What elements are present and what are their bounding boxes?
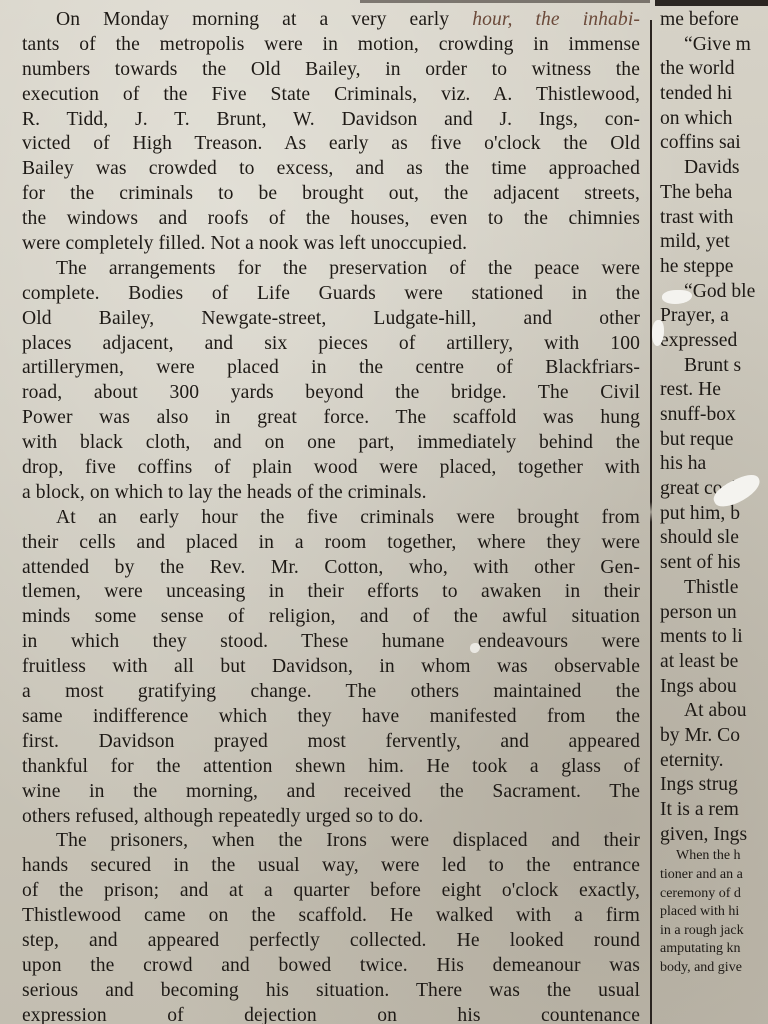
side-text-line: the world: [660, 57, 768, 82]
side-text-line: snuff-box: [660, 403, 768, 428]
text-line-content: artillerymen, were placed in the centre …: [22, 357, 640, 378]
side-text-line: ments to li: [660, 625, 768, 650]
text-line-content: The arrangements for the preservation of…: [56, 258, 640, 279]
text-line-content: for the criminals to be brought out, the…: [22, 183, 640, 204]
side-text-line: at least be: [660, 650, 768, 675]
text-line-content: drop, five coffins of plain wood were pl…: [22, 457, 640, 478]
text-line: tants of the metropolis were in motion, …: [22, 33, 640, 58]
text-line: complete. Bodies of Life Guards were sta…: [22, 282, 640, 307]
text-line-content: thankful for the attention shewn him. He…: [22, 756, 640, 777]
text-line-content: wine in the morning, and received the Sa…: [22, 781, 640, 802]
text-line-content: At an early hour the five criminals were…: [56, 507, 640, 528]
text-line: with black cloth, and on one part, immed…: [22, 431, 640, 456]
text-line-content: others refused, although repeatedly urge…: [22, 806, 423, 827]
text-line: On Monday morning at a very early hour, …: [22, 8, 640, 33]
text-line-content: first. Davidson prayed most fervently, a…: [22, 731, 640, 752]
text-line-content: with black cloth, and on one part, immed…: [22, 432, 640, 453]
side-text-line: eternity.: [660, 749, 768, 774]
side-text-line: Brunt s: [660, 354, 768, 379]
side-text-line: Prayer, a: [660, 304, 768, 329]
text-line-content: Old Bailey, Newgate-street, Ludgate-hill…: [22, 308, 640, 329]
side-text-line: Davids: [660, 156, 768, 181]
main-article-column: On Monday morning at a very early hour, …: [22, 8, 640, 1024]
top-border-band: [655, 0, 768, 6]
text-line: others refused, although repeatedly urge…: [22, 805, 640, 830]
side-text-line: Thistle: [660, 576, 768, 601]
text-line-content: a most gratifying change. The others mai…: [22, 681, 640, 702]
side-text-line: he steppe: [660, 255, 768, 280]
side-text-line: his ha: [660, 452, 768, 477]
text-line-content: road, about 300 yards beyond the bridge.…: [22, 382, 640, 403]
side-text-line: trast with: [660, 206, 768, 231]
text-line: hands secured in the usual way, were led…: [22, 854, 640, 879]
text-line: numbers towards the Old Bailey, in order…: [22, 58, 640, 83]
text-line: the windows and roofs of the houses, eve…: [22, 207, 640, 232]
top-border-fragment: [360, 0, 650, 3]
side-small-text-line: in a rough jack: [660, 922, 768, 941]
side-small-text-line: ceremony of d: [660, 885, 768, 904]
text-line: R. Tidd, J. T. Brunt, W. Davidson and J.…: [22, 108, 640, 133]
text-line: for the criminals to be brought out, the…: [22, 182, 640, 207]
text-line-content: attended by the Rev. Mr. Cotton, who, wi…: [22, 557, 640, 578]
text-line-content: were completely filled. Not a nook was l…: [22, 233, 467, 254]
text-line-content: serious and becoming his situation. Ther…: [22, 980, 640, 1001]
text-line-content: hands secured in the usual way, were led…: [22, 855, 640, 876]
side-text-line: tended hi: [660, 82, 768, 107]
side-text-line: put him, b: [660, 502, 768, 527]
text-line-content: tants of the metropolis were in motion, …: [22, 34, 640, 55]
side-text-line: sent of his: [660, 551, 768, 576]
text-line: Bailey was crowded to excess, and as the…: [22, 157, 640, 182]
text-line-content: upon the crowd and bowed twice. His deme…: [22, 955, 640, 976]
text-line: a block, on which to lay the heads of th…: [22, 481, 640, 506]
text-line-content: complete. Bodies of Life Guards were sta…: [22, 283, 640, 304]
text-line: The arrangements for the preservation of…: [22, 257, 640, 282]
text-line: expression of dejection on his countenan…: [22, 1004, 640, 1024]
text-line-content: numbers towards the Old Bailey, in order…: [22, 59, 640, 80]
side-text-line: but reque: [660, 428, 768, 453]
side-text-line: given, Ings: [660, 823, 768, 848]
side-text-line: me before: [660, 8, 768, 33]
text-line-content: R. Tidd, J. T. Brunt, W. Davidson and J.…: [22, 109, 640, 130]
text-line: in which they stood. These humane endeav…: [22, 630, 640, 655]
text-line: fruitless with all but Davidson, in whom…: [22, 655, 640, 680]
side-small-text-line: tioner and an a: [660, 866, 768, 885]
column-divider-rule: [650, 20, 652, 1024]
text-line: thankful for the attention shewn him. He…: [22, 755, 640, 780]
side-text-line: should sle: [660, 526, 768, 551]
text-line-content: expression of dejection on his countenan…: [22, 1005, 640, 1024]
text-line-content: The prisoners, when the Irons were displ…: [56, 830, 640, 851]
text-line: The prisoners, when the Irons were displ…: [22, 829, 640, 854]
text-line: their cells and placed in a room togethe…: [22, 531, 640, 556]
text-line: first. Davidson prayed most fervently, a…: [22, 730, 640, 755]
text-line-content: Thistlewood came on the scaffold. He wal…: [22, 905, 640, 926]
text-line-content: tlemen, were unceasing in their efforts …: [22, 581, 640, 602]
side-small-text-line: When the h: [660, 847, 768, 866]
text-line: Thistlewood came on the scaffold. He wal…: [22, 904, 640, 929]
side-text-line: person un: [660, 601, 768, 626]
text-line: road, about 300 yards beyond the bridge.…: [22, 381, 640, 406]
text-line-content: of the prison; and at a quarter before e…: [22, 880, 640, 901]
side-text-line: It is a rem: [660, 798, 768, 823]
text-line: step, and appeared perfectly collected. …: [22, 929, 640, 954]
text-line: wine in the morning, and received the Sa…: [22, 780, 640, 805]
side-text-line: Ings strug: [660, 773, 768, 798]
text-line: were completely filled. Not a nook was l…: [22, 232, 640, 257]
side-text-line: Ings abou: [660, 675, 768, 700]
text-line-content: victed of High Treason. As early as five…: [22, 133, 640, 154]
text-line: serious and becoming his situation. Ther…: [22, 979, 640, 1004]
text-line-content: step, and appeared perfectly collected. …: [22, 930, 640, 951]
text-line: execution of the Five State Criminals, v…: [22, 83, 640, 108]
text-line: of the prison; and at a quarter before e…: [22, 879, 640, 904]
text-line-content: a block, on which to lay the heads of th…: [22, 482, 427, 503]
text-line-content: their cells and placed in a room togethe…: [22, 532, 640, 553]
text-line: same indifference which they have manife…: [22, 705, 640, 730]
side-text-line: At abou: [660, 699, 768, 724]
side-small-text-line: placed with hi: [660, 903, 768, 922]
text-line-content: same indifference which they have manife…: [22, 706, 640, 727]
text-line: Old Bailey, Newgate-street, Ludgate-hill…: [22, 307, 640, 332]
text-line: tlemen, were unceasing in their efforts …: [22, 580, 640, 605]
text-line: minds some sense of religion, and of the…: [22, 605, 640, 630]
text-line-content: the windows and roofs of the houses, eve…: [22, 208, 640, 229]
text-line: a most gratifying change. The others mai…: [22, 680, 640, 705]
side-text-line: by Mr. Co: [660, 724, 768, 749]
side-small-text-line: body, and give: [660, 959, 768, 978]
text-line: places adjacent, and six pieces of artil…: [22, 332, 640, 357]
side-text-line: rest. He: [660, 378, 768, 403]
text-line-content: On Monday morning at a very early: [56, 9, 472, 30]
text-line: Power was also in great force. The scaff…: [22, 406, 640, 431]
side-text-line: on which: [660, 107, 768, 132]
text-line: attended by the Rev. Mr. Cotton, who, wi…: [22, 556, 640, 581]
side-text-line: coffins sai: [660, 131, 768, 156]
side-small-text-line: amputating kn: [660, 940, 768, 959]
text-line-content: execution of the Five State Criminals, v…: [22, 84, 640, 105]
text-line-content: Power was also in great force. The scaff…: [22, 407, 640, 428]
side-text-line: “Give m: [660, 33, 768, 58]
side-text-line: The beha: [660, 181, 768, 206]
text-line: drop, five coffins of plain wood were pl…: [22, 456, 640, 481]
text-line-content: in which they stood. These humane endeav…: [22, 631, 640, 652]
text-line: victed of High Treason. As early as five…: [22, 132, 640, 157]
text-line: upon the crowd and bowed twice. His deme…: [22, 954, 640, 979]
text-line-content: minds some sense of religion, and of the…: [22, 606, 640, 627]
text-line-content: fruitless with all but Davidson, in whom…: [22, 656, 640, 677]
text-line: artillerymen, were placed in the centre …: [22, 356, 640, 381]
faded-text: hour, the inhabi-: [472, 9, 640, 30]
side-text-line: mild, yet: [660, 230, 768, 255]
text-line-content: places adjacent, and six pieces of artil…: [22, 333, 640, 354]
side-text-line: expressed: [660, 329, 768, 354]
text-line: At an early hour the five criminals were…: [22, 506, 640, 531]
text-line-content: Bailey was crowded to excess, and as the…: [22, 158, 640, 179]
